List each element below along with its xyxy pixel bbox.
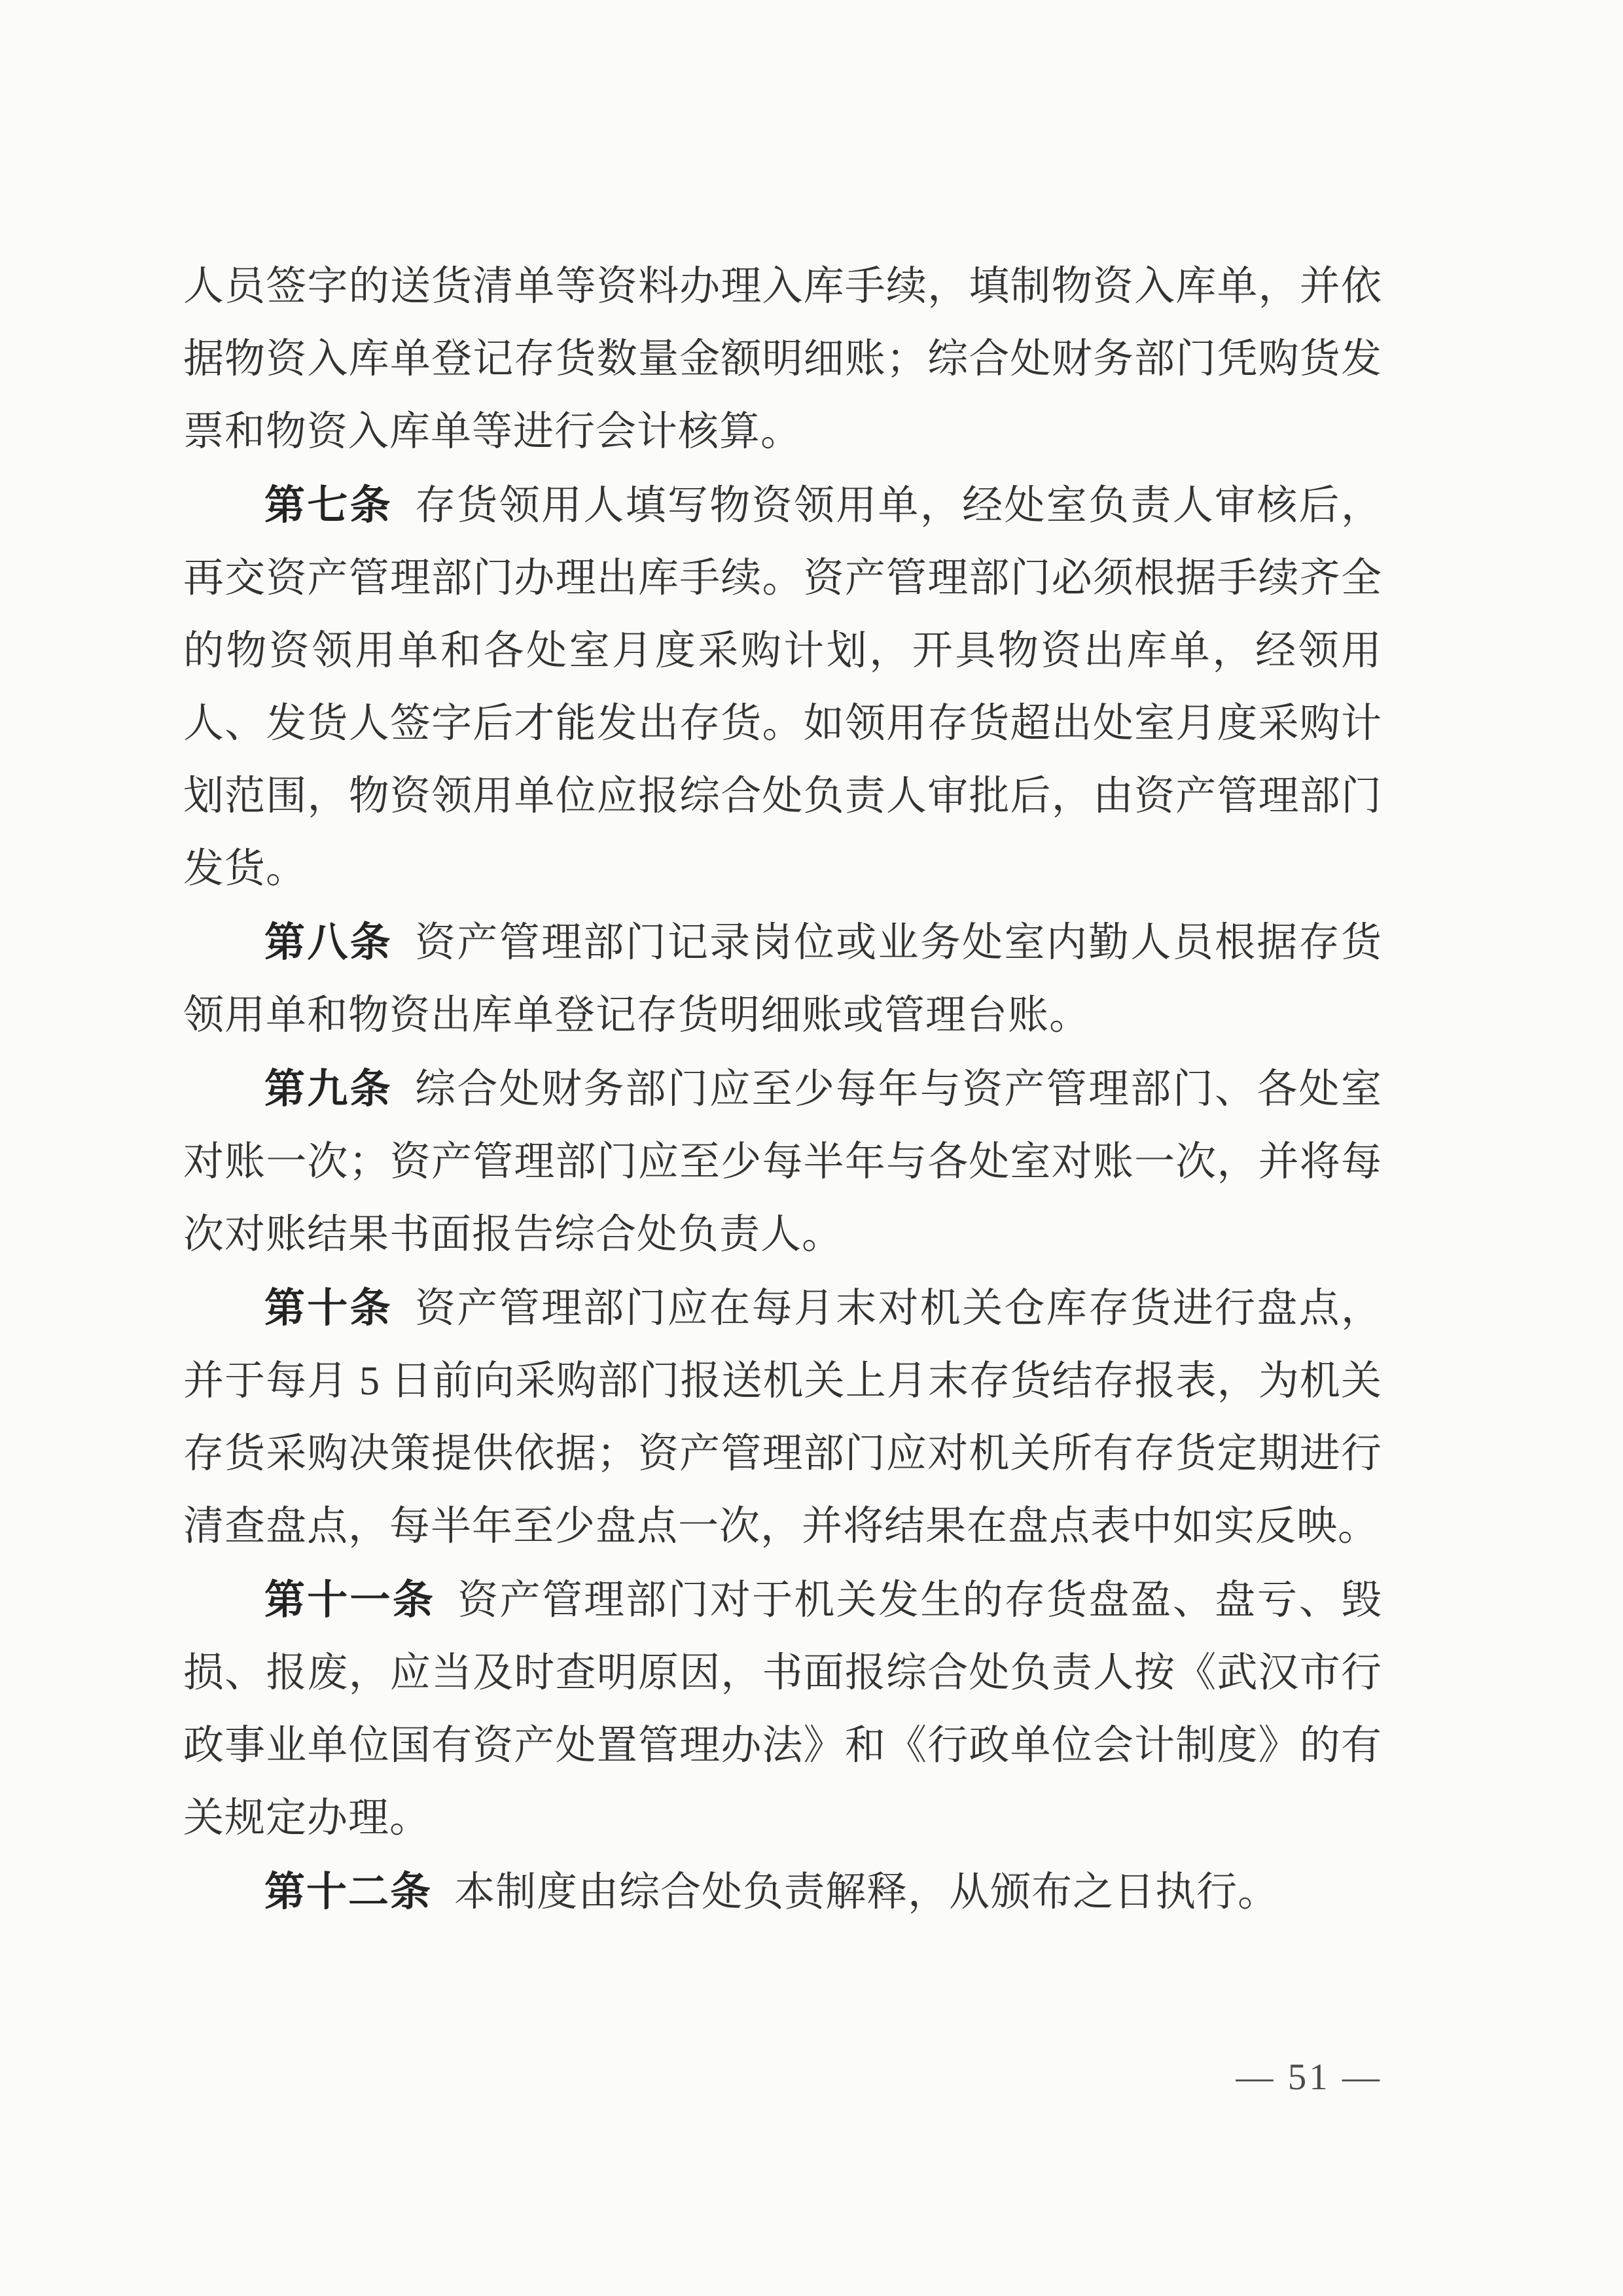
document-page: 人员签字的送货清单等资料办理入库手续，填制物资入库单，并依据物资入库单登记存货数… [0,0,1623,2296]
article-10-label: 第十条 [264,1284,393,1332]
article-8-label: 第八条 [264,918,393,966]
document-body: 人员签字的送货清单等资料办理入库手续，填制物资入库单，并依据物资入库单登记存货数… [183,251,1382,1929]
page-number: — 51 — [183,2051,1382,2104]
paragraph-article-10: 第十条资产管理部门应在每月末对机关仓库存货进行盘点，并于每月 5 日前向采购部门… [183,1271,1382,1563]
article-12-label: 第十二条 [264,1867,432,1915]
paragraph-continuation: 人员签字的送货清单等资料办理入库手续，填制物资入库单，并依据物资入库单登记存货数… [183,251,1382,468]
paragraph-article-12: 第十二条本制度由综合处负责解释，从颁布之日执行。 [183,1855,1382,1929]
paragraph-text: 存货领用人填写物资领用单，经处室负责人审核后，再交资产管理部门办理出库手续。资产… [183,484,1382,891]
paragraph-article-7: 第七条存货领用人填写物资领用单，经处室负责人审核后，再交资产管理部门办理出库手续… [183,468,1382,906]
article-7-label: 第七条 [264,481,393,529]
paragraph-article-11: 第十一条资产管理部门对于机关发生的存货盘盈、盘亏、毁损、报废，应当及时查明原因，… [183,1563,1382,1855]
article-11-label: 第十一条 [264,1576,435,1623]
article-9-label: 第九条 [264,1065,393,1112]
paragraph-text: 本制度由综合处负责解释，从颁布之日执行。 [454,1870,1279,1915]
paragraph-text: 人员签字的送货清单等资料办理入库手续，填制物资入库单，并依据物资入库单登记存货数… [183,264,1382,454]
paragraph-article-8: 第八条资产管理部门记录岗位或业务处室内勤人员根据存货领用单和物资出库单登记存货明… [183,906,1382,1052]
paragraph-article-9: 第九条综合处财务部门应至少每年与资产管理部门、各处室对账一次；资产管理部门应至少… [183,1052,1382,1271]
